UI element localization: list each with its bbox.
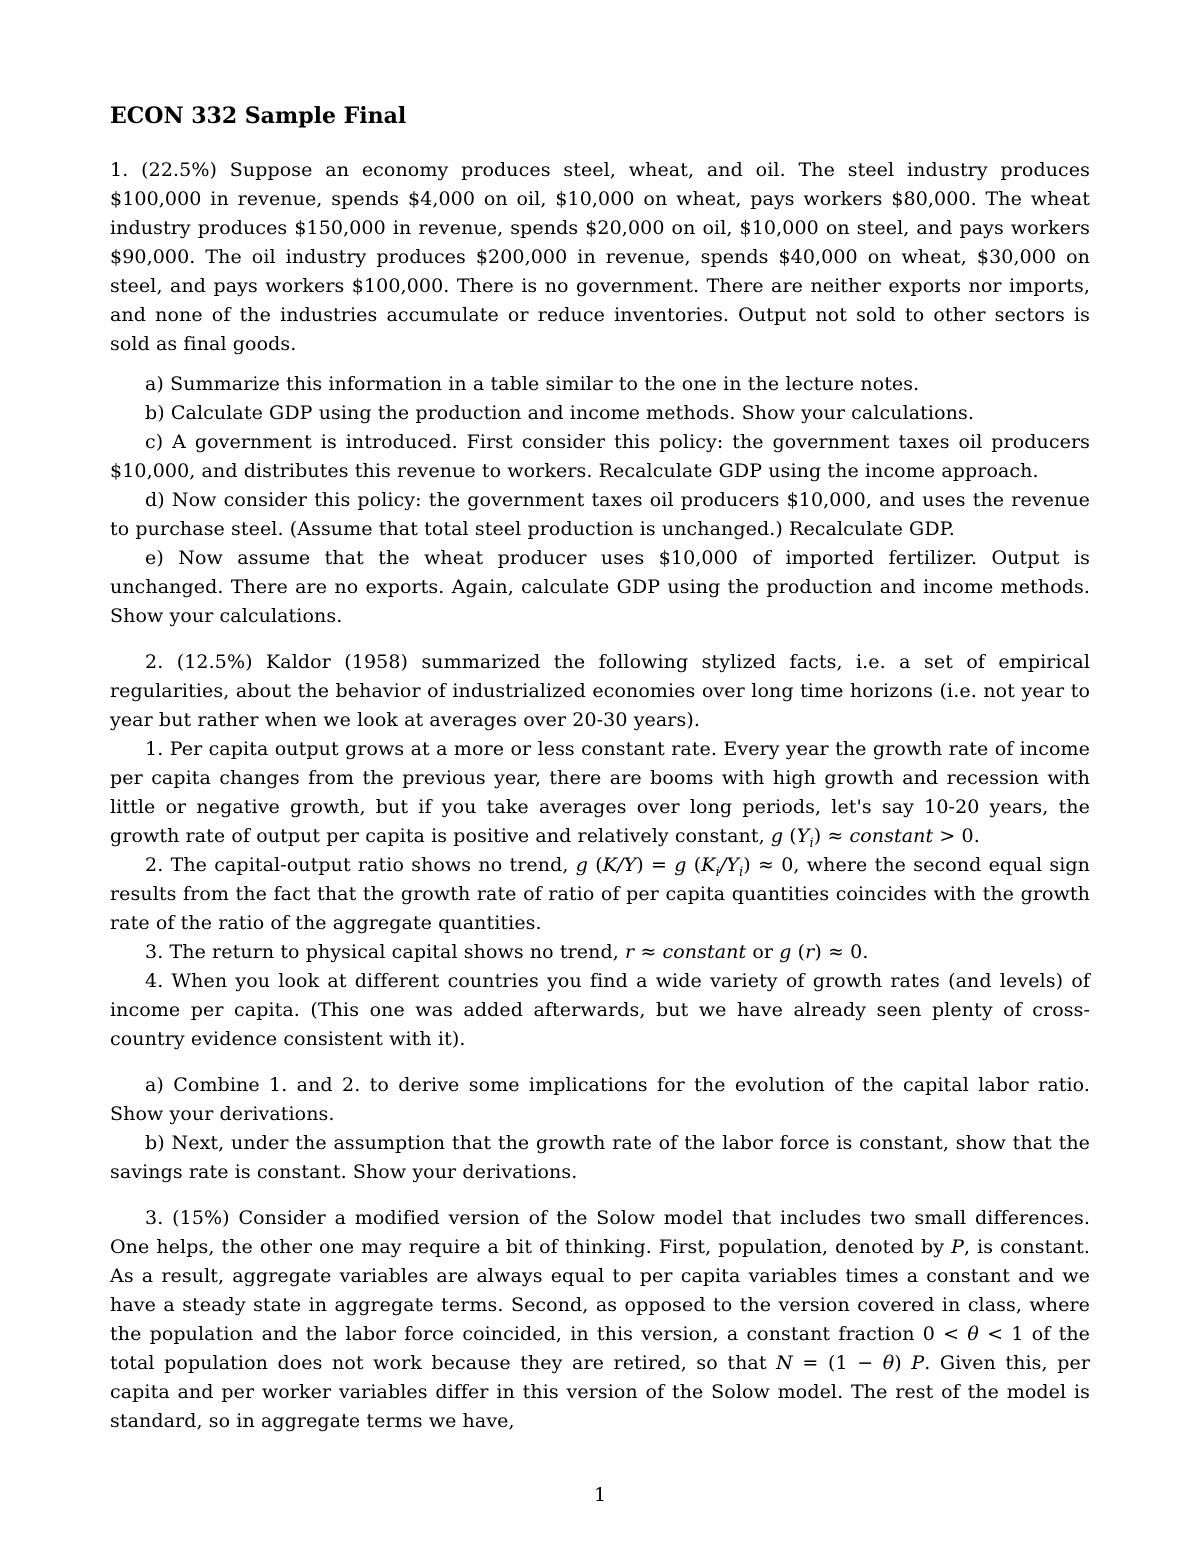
question-1-item-e: e) Now assume that the wheat producer us… [110,544,1090,631]
page-number: 1 [0,1484,1200,1506]
question-2-item-a: a) Combine 1. and 2. to derive some impl… [110,1071,1090,1129]
question-1-item-a: a) Summarize this information in a table… [110,370,1090,399]
question-2-intro: 2. (12.5%) Kaldor (1958) summarized the … [110,648,1090,735]
question-1-item-d: d) Now consider this policy: the governm… [110,486,1090,544]
question-2-fact-2: 2. The capital-output ratio shows no tre… [110,851,1090,938]
question-2-item-b: b) Next, under the assumption that the g… [110,1129,1090,1187]
question-3: 3. (15%) Consider a modified version of … [110,1204,1090,1436]
question-2-fact-3: 3. The return to physical capital shows … [110,938,1090,967]
question-3-intro: 3. (15%) Consider a modified version of … [110,1204,1090,1436]
question-2: 2. (12.5%) Kaldor (1958) summarized the … [110,648,1090,1187]
question-1-item-b: b) Calculate GDP using the production an… [110,399,1090,428]
question-2-fact-4: 4. When you look at different countries … [110,967,1090,1054]
question-1-intro: 1. (22.5%) Suppose an economy produces s… [110,156,1090,359]
question-1: 1. (22.5%) Suppose an economy produces s… [110,156,1090,631]
question-1-item-c: c) A government is introduced. First con… [110,428,1090,486]
page-title: ECON 332 Sample Final [110,103,1090,129]
question-2-fact-1: 1. Per capita output grows at a more or … [110,735,1090,851]
document-page: ECON 332 Sample Final 1. (22.5%) Suppose… [0,0,1200,1553]
